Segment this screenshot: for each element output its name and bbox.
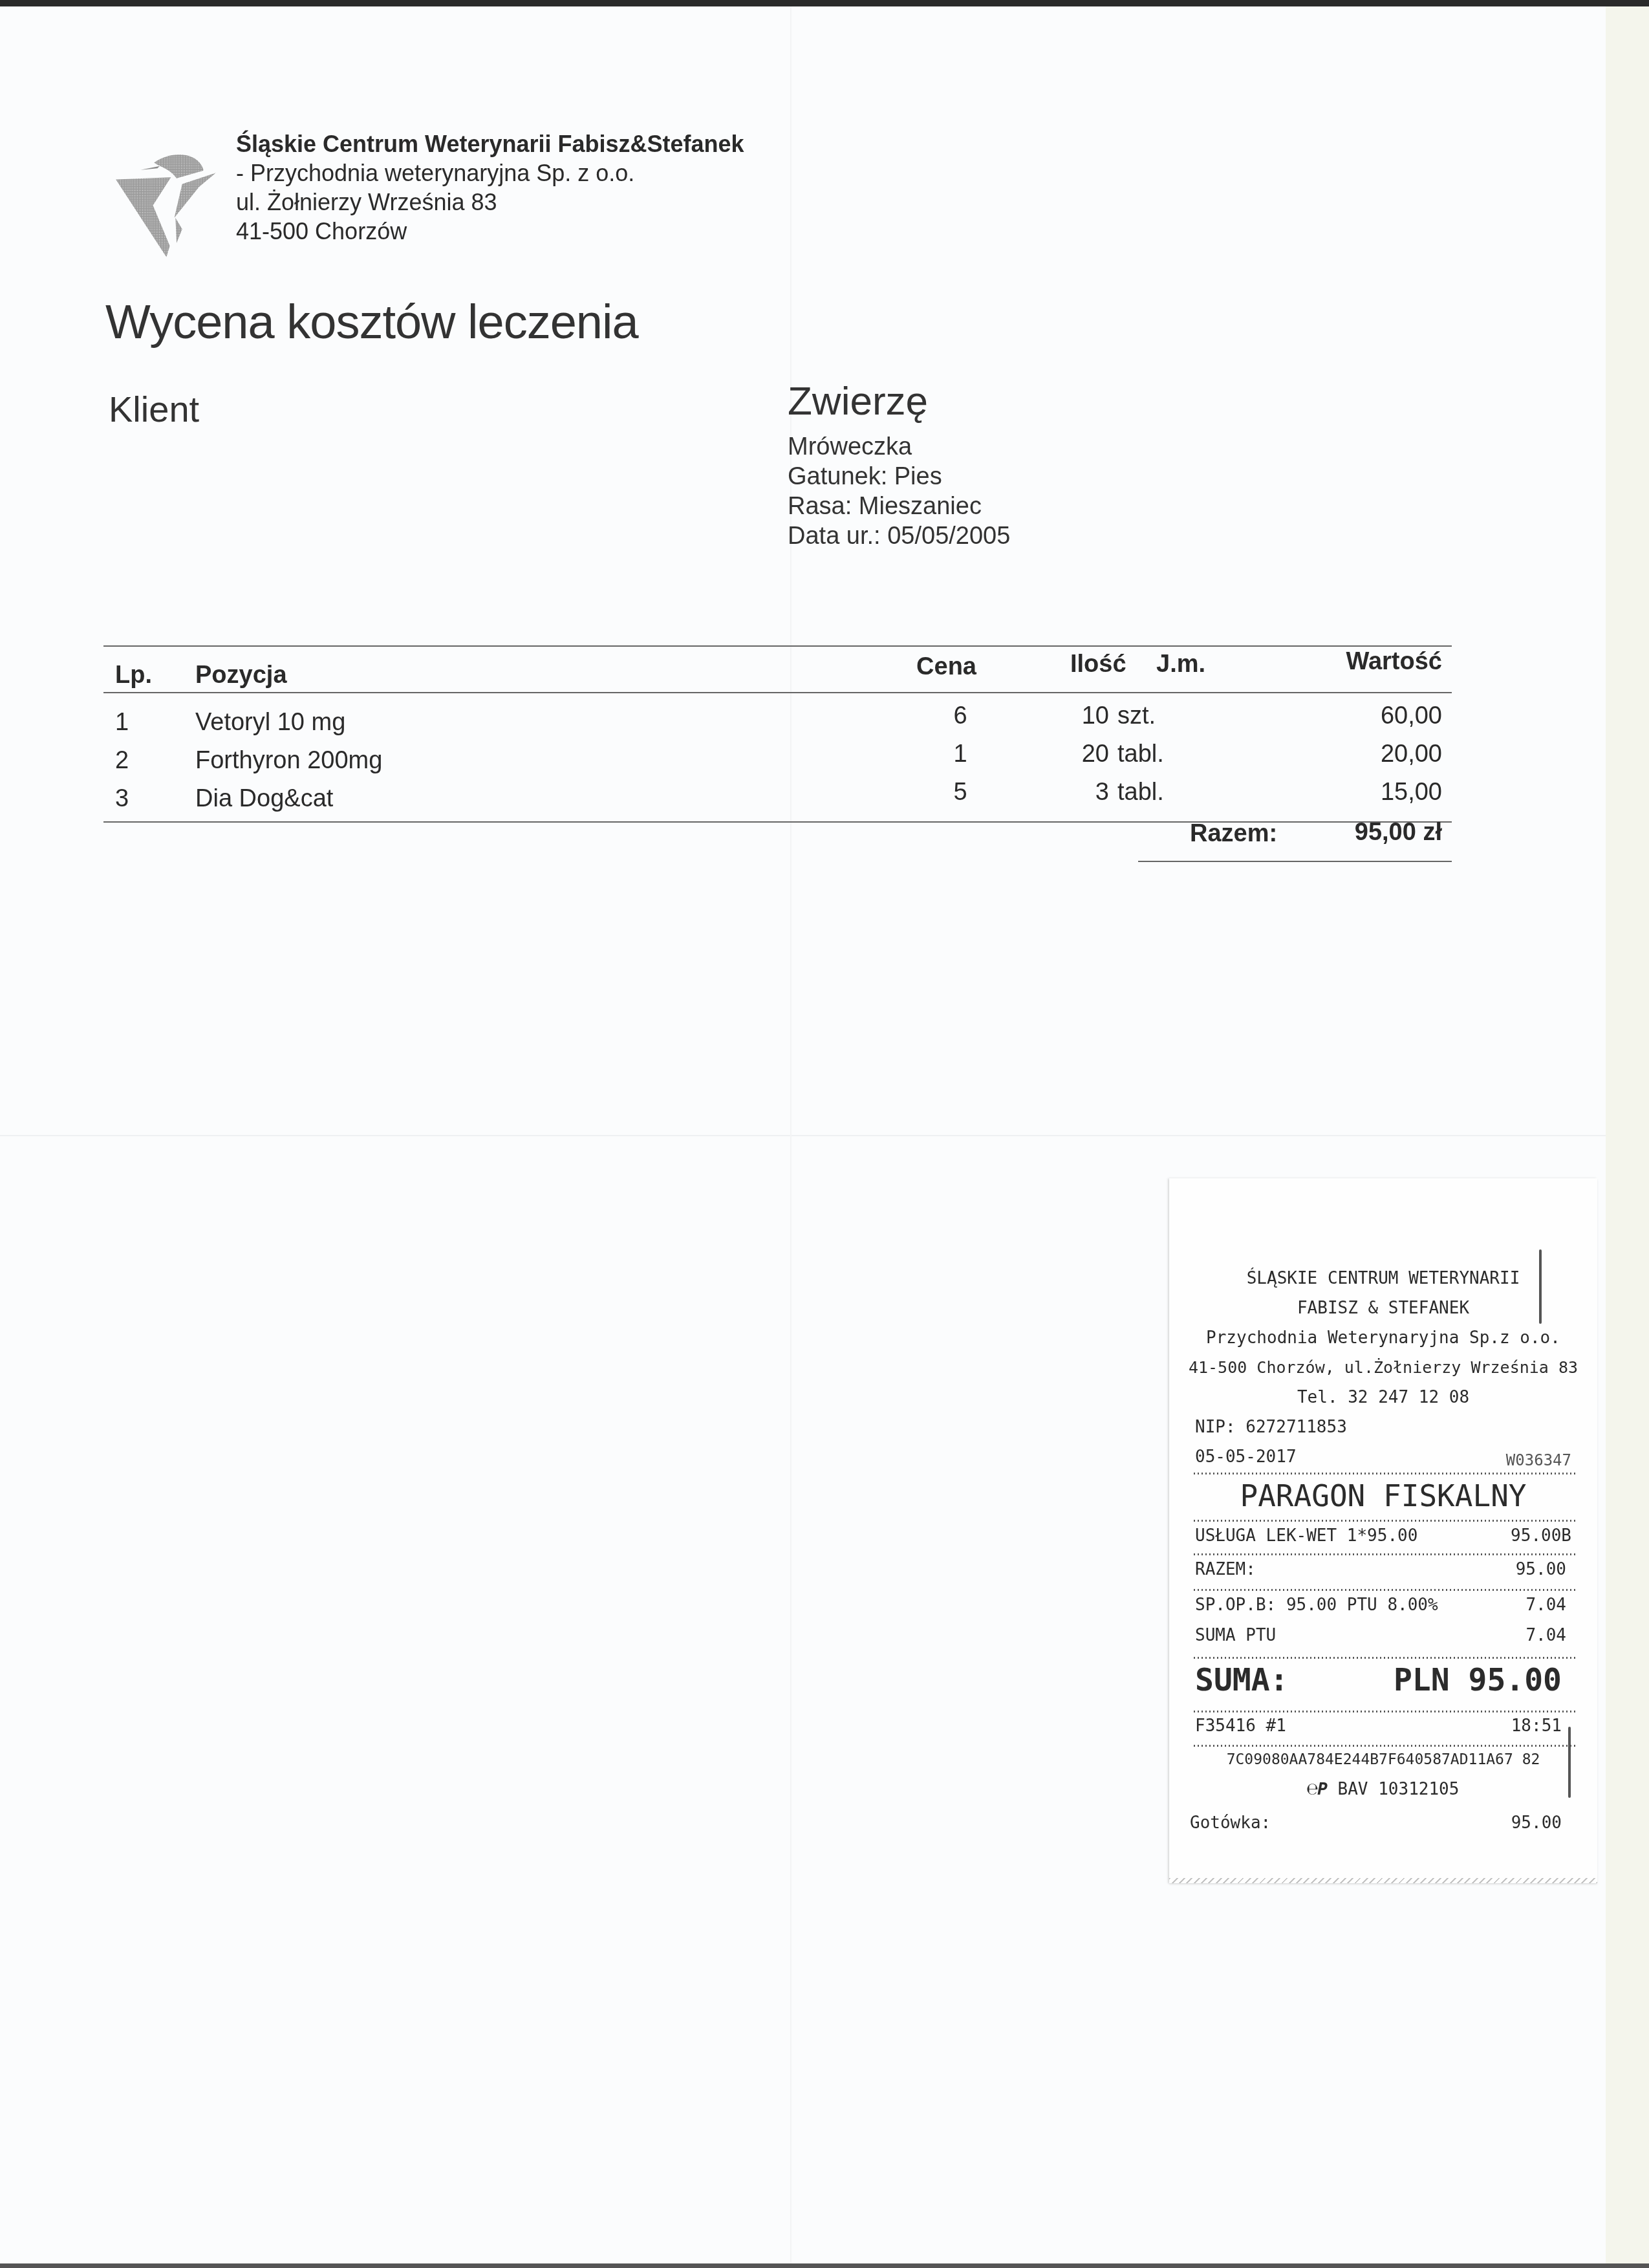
header-value: Wartość	[1267, 648, 1442, 676]
receipt-address: 41-500 Chorzów, ul.Żołnierzy Września 83	[1169, 1358, 1597, 1377]
receipt-phone: Tel. 32 247 12 08	[1169, 1388, 1597, 1407]
receipt-number: W036347	[1506, 1451, 1571, 1469]
paper-fold-vertical	[790, 6, 792, 2263]
animal-heading: Zwierzę	[788, 378, 1010, 424]
receipt-time: 18:51	[1511, 1716, 1562, 1736]
header-price: Cena	[879, 653, 976, 681]
receipt-date: 05-05-2017	[1195, 1447, 1297, 1467]
header-lp: Lp.	[115, 662, 152, 689]
receipt-suma-label: SUMA:	[1195, 1662, 1289, 1698]
clinic-street: ul. Żołnierzy Września 83	[236, 188, 744, 217]
cost-estimate-page: Śląskie Centrum Weterynarii Fabisz&Stefa…	[0, 6, 1606, 2263]
row-lp: 2	[115, 747, 129, 775]
separator	[1194, 1745, 1575, 1747]
animal-info: Zwierzę Mróweczka Gatunek: Pies Rasa: Mi…	[788, 378, 1010, 551]
row-qty: 20	[1035, 740, 1109, 768]
clinic-address-block: Śląskie Centrum Weterynarii Fabisz&Stefa…	[236, 129, 744, 246]
clinic-name: Śląskie Centrum Weterynarii Fabisz&Stefa…	[236, 129, 744, 158]
animal-breed: Rasa: Mieszaniec	[788, 491, 1010, 521]
row-value: 15,00	[1267, 779, 1442, 806]
animal-birth-date: Data ur.: 05/05/2005	[788, 521, 1010, 551]
row-value: 60,00	[1267, 702, 1442, 730]
row-position: Vetoryl 10 mg	[195, 709, 345, 737]
row-qty: 10	[1035, 702, 1109, 730]
scan-edge-top	[0, 0, 1649, 6]
total-value: 95,00 zł	[1267, 819, 1442, 847]
separator	[1194, 1553, 1575, 1555]
receipt-header-1: ŚLĄSKIE CENTRUM WETERYNARII	[1169, 1269, 1597, 1288]
row-unit: tabl.	[1117, 740, 1164, 768]
receipt-register: F35416 #1	[1195, 1716, 1286, 1736]
receipt-payment-label: Gotówka:	[1190, 1813, 1271, 1833]
header-unit: J.m.	[1156, 651, 1205, 678]
vet-clinic-logo-icon	[103, 139, 233, 268]
receipt-suma-value: PLN 95.00	[1394, 1662, 1562, 1698]
header-qty: Ilość	[1070, 651, 1126, 678]
receipt-razem-value: 95.00	[1516, 1560, 1566, 1579]
receipt-payment-value: 95.00	[1511, 1813, 1562, 1833]
paper-fold-horizontal	[0, 1135, 1606, 1136]
receipt-suma-ptu-label: SUMA PTU	[1195, 1626, 1276, 1645]
document-title: Wycena kosztów leczenia	[105, 294, 638, 349]
receipt-device-line: ℮P BAV 10312105	[1169, 1780, 1597, 1799]
receipt-vat-value: 7.04	[1525, 1595, 1566, 1615]
receipt-nip: NIP: 6272711853	[1195, 1418, 1347, 1437]
separator	[1194, 1711, 1575, 1712]
receipt-suma-ptu-value: 7.04	[1525, 1626, 1566, 1645]
receipt-vat-label: SP.OP.B: 95.00 PTU 8.00%	[1195, 1595, 1438, 1615]
row-value: 20,00	[1267, 740, 1442, 768]
separator	[1194, 1520, 1575, 1522]
separator	[1194, 1657, 1575, 1659]
row-unit: szt.	[1117, 702, 1156, 730]
fiscal-receipt: ŚLĄSKIE CENTRUM WETERYNARII FABISZ & STE…	[1169, 1178, 1597, 1883]
header-position: Pozycja	[195, 662, 287, 689]
pl-fiscal-logo-icon: ℮P	[1308, 1780, 1328, 1799]
client-heading: Klient	[109, 388, 199, 430]
separator	[1194, 1589, 1575, 1591]
receipt-item-value: 95.00B	[1511, 1526, 1571, 1546]
row-position: Forthyron 200mg	[195, 747, 382, 775]
row-qty: 3	[1035, 779, 1109, 806]
total-label: Razem:	[1190, 820, 1277, 848]
row-price: 1	[944, 740, 976, 768]
row-price: 5	[944, 779, 976, 806]
animal-species: Gatunek: Pies	[788, 462, 1010, 491]
table-rule-header	[103, 692, 1452, 693]
receipt-header-2: FABISZ & STEFANEK	[1169, 1299, 1597, 1318]
total-underline	[1138, 861, 1452, 862]
row-unit: tabl.	[1117, 779, 1164, 806]
receipt-item-label: USŁUGA LEK-WET 1*95.00	[1195, 1526, 1417, 1546]
clinic-subtitle: - Przychodnia weterynaryjna Sp. z o.o.	[236, 158, 744, 188]
receipt-type: PARAGON FISKALNY	[1169, 1478, 1597, 1513]
receipt-hash: 7C09080AA784E244B7F640587AD11A67 82	[1169, 1751, 1597, 1768]
row-lp: 1	[115, 709, 129, 737]
row-position: Dia Dog&cat	[195, 785, 333, 813]
receipt-device: BAV 10312105	[1338, 1780, 1460, 1799]
receipt-tear-edge	[1169, 1878, 1597, 1883]
table-rule-top	[103, 645, 1452, 647]
row-price: 6	[944, 702, 976, 730]
row-lp: 3	[115, 785, 129, 813]
receipt-razem-label: RAZEM:	[1195, 1560, 1256, 1579]
separator	[1194, 1473, 1575, 1474]
receipt-header-3: Przychodnia Weterynaryjna Sp.z o.o.	[1169, 1328, 1597, 1348]
scan-edge-bottom	[0, 2263, 1649, 2268]
clinic-city: 41-500 Chorzów	[236, 217, 744, 246]
animal-name: Mróweczka	[788, 432, 1010, 462]
